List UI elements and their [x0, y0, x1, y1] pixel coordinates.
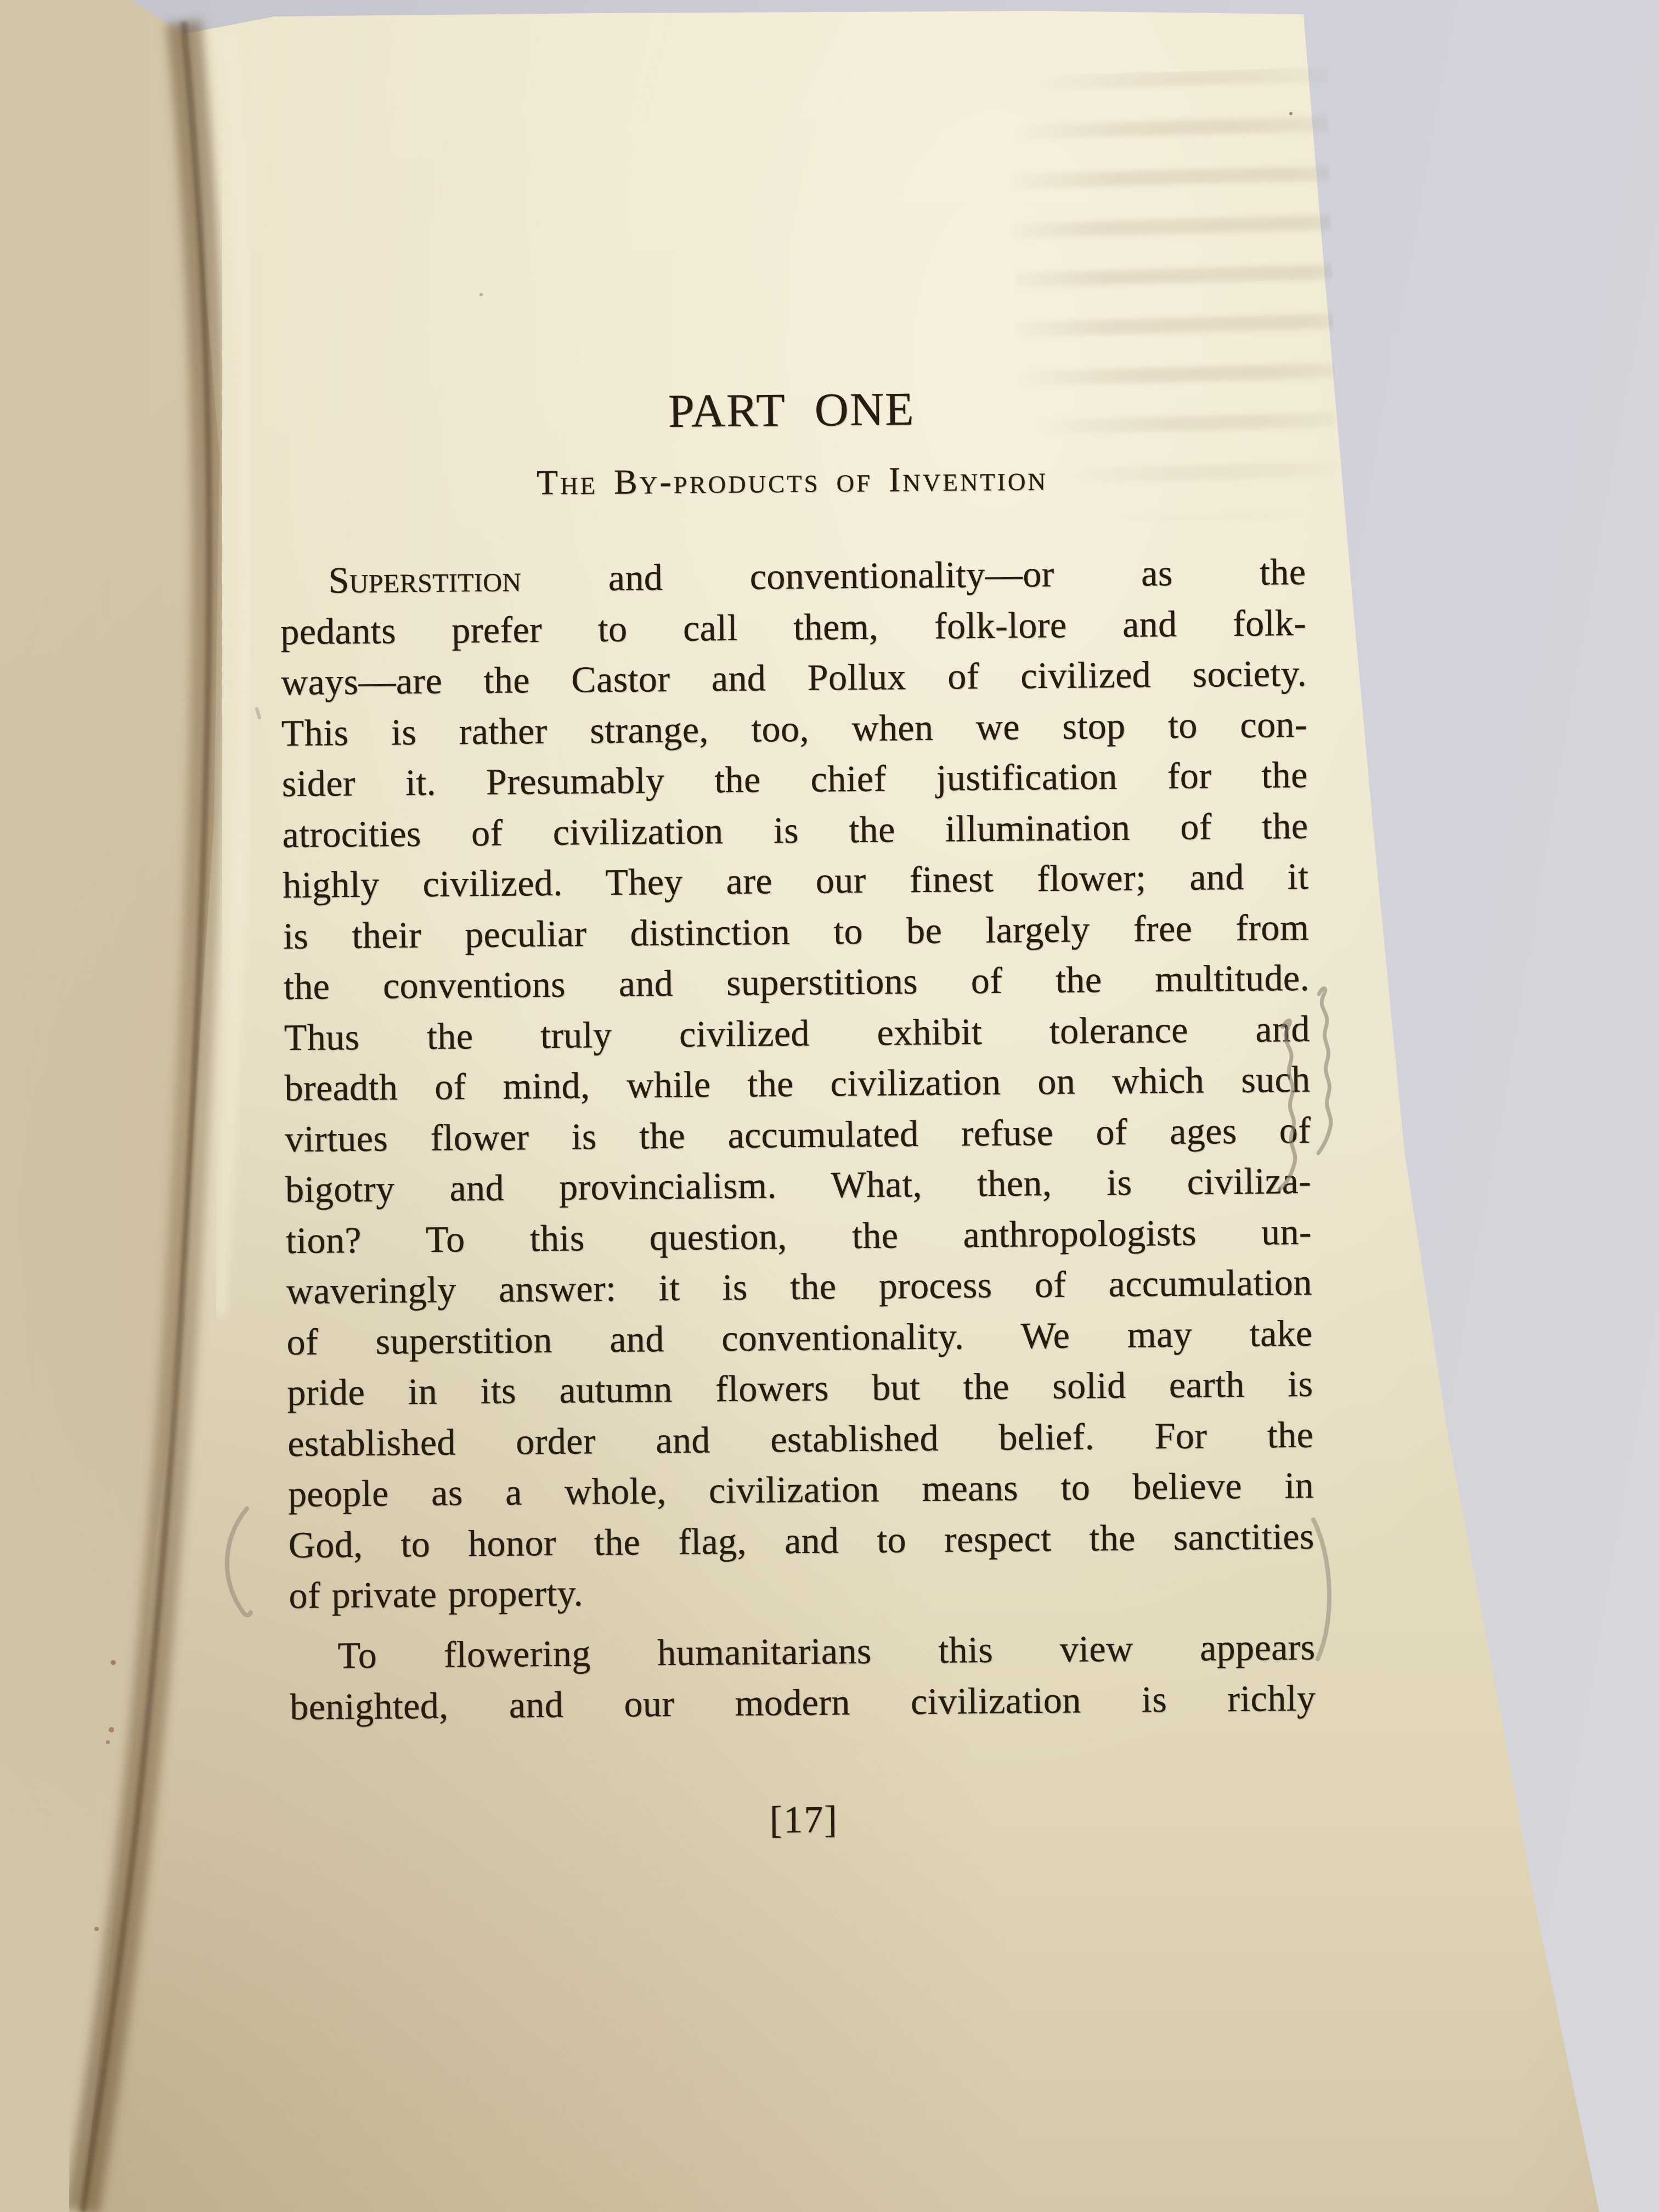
printed-text: PART ONE The By-products of Invention Su… [275, 0, 1301, 4]
paper-speck [479, 293, 483, 296]
text-line: people as a whole, civilization means to… [288, 1460, 1314, 1520]
page-number: [17] [291, 1788, 1317, 1852]
text-line: ways—are the Castor and Pollux of civili… [281, 648, 1307, 708]
text-line: highly civilized. They are our finest fl… [283, 851, 1309, 911]
chapter-title: The By-products of Invention [279, 449, 1306, 512]
text-line: sider it. Presumably the chief justifica… [281, 749, 1308, 809]
paragraph-1: Superstition and conventionality—or as t… [280, 546, 1315, 1621]
paper-speck [106, 1740, 110, 1744]
text-line: tion? To this question, the anthropologi… [286, 1206, 1312, 1266]
book-page-photo: PART ONE The By-products of Invention Su… [0, 0, 1659, 2212]
text-line: benighted, and our modern civilization i… [290, 1672, 1316, 1732]
text-line: breadth of mind, while the civilization … [284, 1054, 1311, 1114]
text-line: virtues flower is the accumulated refuse… [285, 1104, 1311, 1164]
text-line: established order and established belief… [287, 1409, 1314, 1469]
text-line: of private property. [289, 1561, 1315, 1621]
paper-speck [1289, 112, 1293, 115]
part-title: PART ONE [278, 375, 1305, 444]
lead-word-smallcaps: Superstition [328, 557, 522, 601]
text-line: the conventions and superstitions of the… [284, 952, 1310, 1012]
text-line: of superstition and conventionality. We … [286, 1307, 1313, 1367]
text-line: God, to honor the flag, and to respect t… [288, 1510, 1314, 1570]
text-line: Thus the truly civilized exhibit toleran… [284, 1003, 1310, 1063]
text-line: This is rather strange, too, when we sto… [281, 698, 1307, 758]
text-line: atrocities of civilization is the illumi… [282, 800, 1308, 860]
paper-speck [109, 1727, 114, 1733]
paragraph-2: To flowering humanitarians this view app… [289, 1622, 1316, 1732]
text-line-rest: and conventionality—or as the [521, 551, 1306, 599]
text-line: To flowering humanitarians this view app… [289, 1622, 1316, 1681]
text-line: pride in its autumn flowers but the soli… [287, 1358, 1313, 1418]
text-line: is their peculiar distinction to be larg… [283, 901, 1310, 961]
text-line: pedants prefer to call them, folk-lore a… [280, 597, 1307, 657]
paper-speck [111, 1660, 116, 1665]
text-line: Superstition and conventionality—or as t… [280, 546, 1306, 606]
text-line: bigotry and provincialism. What, then, i… [285, 1155, 1312, 1215]
paper-speck [94, 1927, 99, 1931]
text-line: waveringly answer: it is the process of … [286, 1257, 1312, 1317]
